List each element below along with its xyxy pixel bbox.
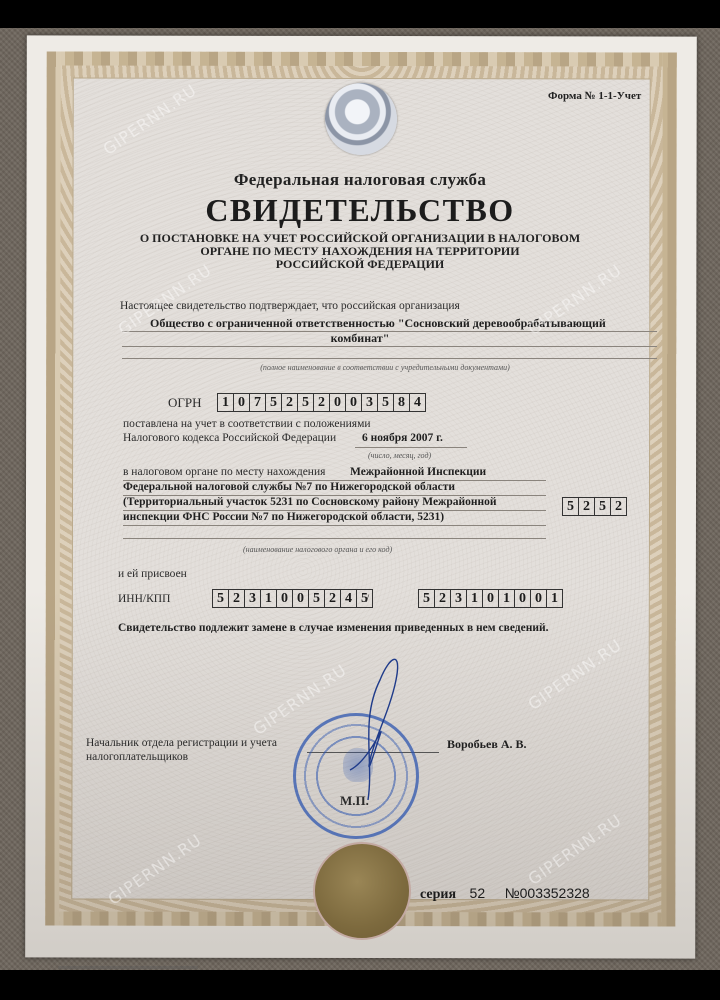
digit-box: 3 (245, 590, 261, 607)
digit-box: 1 (467, 590, 483, 607)
inn-digit-boxes: 5231005245 (212, 589, 373, 608)
digit-box: 2 (435, 590, 451, 607)
intro-text: Настоящее свидетельство подтверждает, чт… (120, 300, 460, 312)
organization-name-hint: (полное наименование в соответствии с уч… (0, 363, 720, 372)
digit-box: 0 (277, 590, 293, 607)
document-subtitle: О ПОСТАНОВКЕ НА УЧЕТ РОССИЙСКОЙ ОРГАНИЗА… (0, 232, 720, 271)
assigned-text: и ей присвоен (118, 568, 187, 580)
form-number: Форма № 1-1-Учет (548, 90, 641, 102)
digit-box: 2 (611, 498, 626, 515)
signatory-title-line-1: Начальник отдела регистрации и учета (86, 737, 277, 749)
tax-office-line-2: Федеральной налоговой службы №7 по Нижег… (123, 481, 455, 493)
digit-box: 3 (362, 394, 378, 411)
digit-box: 2 (314, 394, 330, 411)
ogrn-label: ОГРН (168, 395, 202, 411)
digit-box: 5 (419, 590, 435, 607)
digit-box: 5 (595, 498, 611, 515)
digit-box: 1 (218, 394, 234, 411)
digit-box: 4 (341, 590, 357, 607)
digit-box: 0 (515, 590, 531, 607)
underline (122, 346, 657, 347)
registration-date: 6 ноября 2007 г. (362, 432, 443, 444)
digit-box: 0 (483, 590, 499, 607)
signatory-title-line-2: налогоплательщиков (86, 751, 188, 763)
tax-office-line-4: инспекции ФНС России №7 по Нижегородской… (123, 511, 444, 523)
registered-text-line-1: поставлена на учет в соответствии с поло… (123, 418, 371, 430)
underline (123, 538, 546, 539)
digit-box: 2 (579, 498, 595, 515)
digit-box: 2 (325, 590, 341, 607)
signature-icon (330, 640, 410, 820)
series-number: серия 52 №003352328 (420, 885, 590, 903)
printer-imprint (58, 966, 198, 969)
underline (122, 358, 657, 359)
underline (355, 447, 467, 448)
organization-name-line-2: комбинат" (0, 331, 720, 346)
gold-seal-icon (313, 842, 411, 940)
digit-box: 0 (330, 394, 346, 411)
registered-text-line-2: Налогового кодекса Российской Федерации (123, 432, 336, 444)
tax-office-line-1: Межрайонной Инспекции (350, 466, 486, 478)
digit-box: 1 (547, 590, 562, 607)
digit-box: 5 (357, 590, 372, 607)
digit-box: 0 (234, 394, 250, 411)
digit-box: 5 (563, 498, 579, 515)
digit-box: 5 (298, 394, 314, 411)
document-title: СВИДЕТЕЛЬСТВО (0, 192, 720, 229)
signatory-name: Воробьев А. В. (447, 737, 527, 752)
digit-box: 5 (213, 590, 229, 607)
digit-box: 5 (378, 394, 394, 411)
hologram-seal-icon (325, 83, 397, 155)
digit-box: 0 (346, 394, 362, 411)
date-hint: (число, месяц, год) (368, 451, 431, 460)
underline (123, 525, 546, 526)
agency-name: Федеральная налоговая служба (0, 170, 720, 190)
digit-box: 0 (293, 590, 309, 607)
digit-box: 0 (531, 590, 547, 607)
tax-office-intro: в налоговом органе по месту нахождения (123, 466, 325, 478)
digit-box: 5 (309, 590, 325, 607)
kpp-digit-boxes: 523101001 (418, 589, 563, 608)
tax-office-line-3: (Территориальный участок 5231 по Сосновс… (123, 496, 497, 508)
digit-box: 1 (261, 590, 277, 607)
organization-name-line-1: Общество с ограниченной ответственностью… (150, 316, 606, 331)
digit-box: 2 (229, 590, 245, 607)
digit-box: 8 (394, 394, 410, 411)
digit-box: 5 (266, 394, 282, 411)
digit-box: 1 (499, 590, 515, 607)
tax-office-code-boxes: 5252 (562, 497, 627, 516)
replacement-notice: Свидетельство подлежит замене в случае и… (118, 622, 548, 634)
inn-kpp-label: ИНН/КПП (118, 593, 170, 605)
digit-box: 3 (451, 590, 467, 607)
digit-box: 2 (282, 394, 298, 411)
ogrn-digit-boxes: 1075252003584 (217, 393, 426, 412)
tax-office-hint: (наименование налогового органа и его ко… (243, 545, 392, 554)
digit-box: 7 (250, 394, 266, 411)
digit-box: 4 (410, 394, 425, 411)
inn-kpp-separator: / (366, 593, 369, 605)
